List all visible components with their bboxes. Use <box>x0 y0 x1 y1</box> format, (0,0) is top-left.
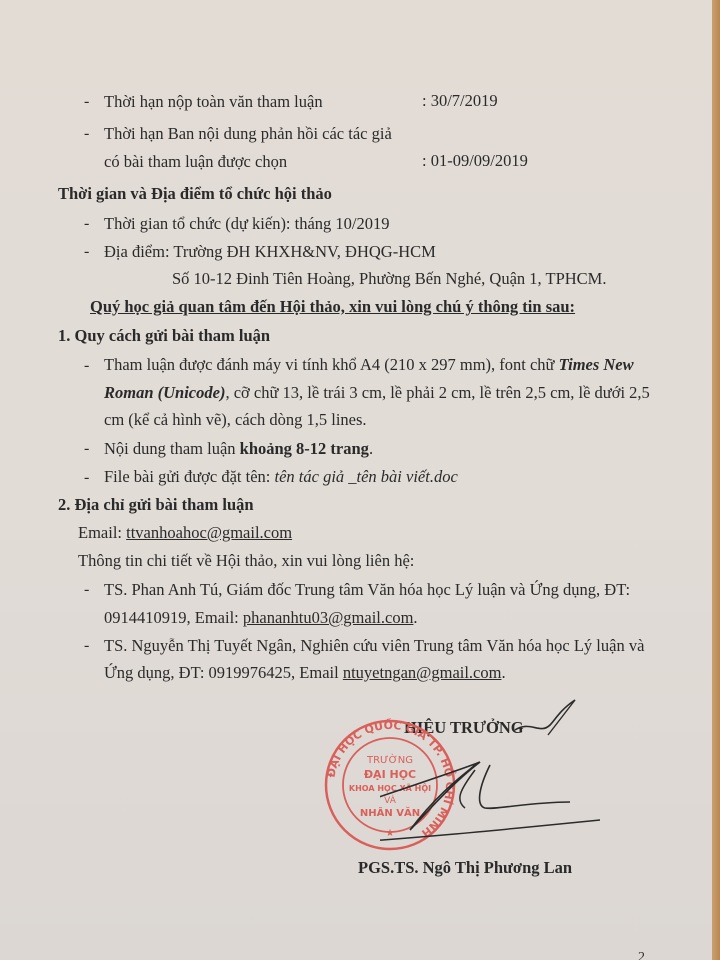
deadline-2-label: Thời hạn Ban nội dung phản hồi các tác g… <box>104 124 392 144</box>
format-spec-line1: Tham luận được đánh máy vi tính khổ A4 (… <box>104 355 634 375</box>
contact-2-line1: TS. Nguyễn Thị Tuyết Ngân, Nghiên cứu vi… <box>104 636 644 656</box>
deadline-2-label-cont: có bài tham luận được chọn <box>104 152 287 172</box>
bullet-dash: - <box>84 581 89 599</box>
bullet-dash: - <box>84 469 89 487</box>
format-spec-line3: cm (kể cả hình vẽ), cách dòng 1,5 lines. <box>104 410 367 430</box>
page-number: 2 <box>638 950 645 960</box>
bullet-dash: - <box>84 440 89 458</box>
signer-name: PGS.TS. Ngô Thị Phương Lan <box>358 858 572 878</box>
deadline-1-value: : 30/7/2019 <box>422 91 498 111</box>
deadline-2-value: : 01-09/09/2019 <box>422 151 528 171</box>
deadline-1-label: Thời hạn nộp toàn văn tham luận <box>104 92 323 112</box>
bullet-dash: - <box>84 637 89 655</box>
bullet-dash: - <box>84 125 89 143</box>
handwritten-signature-icon <box>380 690 660 870</box>
notice-heading: Quý học giả quan tâm đến Hội thảo, xin v… <box>90 297 575 317</box>
format-spec-line2: Roman (Unicode), cỡ chữ 13, lề trái 3 cm… <box>104 383 650 403</box>
event-time: Thời gian tổ chức (dự kiến): tháng 10/20… <box>104 214 390 234</box>
bullet-dash: - <box>84 357 89 375</box>
bullet-dash: - <box>84 93 89 111</box>
event-address: Số 10-12 Đinh Tiên Hoàng, Phường Bến Ngh… <box>172 269 606 289</box>
contact-1-line1: TS. Phan Anh Tú, Giám đốc Trung tâm Văn … <box>104 580 630 600</box>
submission-email-line: Email: ttvanhoahoc@gmail.com <box>78 523 292 543</box>
section-1-heading: 1. Quy cách gửi bài tham luận <box>58 326 270 346</box>
submission-email-link[interactable]: ttvanhoahoc@gmail.com <box>126 523 292 542</box>
table-edge <box>712 0 720 960</box>
contact-2-line2: Ứng dụng, ĐT: 0919976425, Email ntuyetng… <box>104 663 506 683</box>
contact-1-line2: 0914410919, Email: phananhtu03@gmail.com… <box>104 608 418 628</box>
contact-1-email-link[interactable]: phananhtu03@gmail.com <box>243 608 414 627</box>
bullet-dash: - <box>84 215 89 233</box>
event-place: Địa điểm: Trường ĐH KHXH&NV, ĐHQG-HCM <box>104 242 436 262</box>
bullet-dash: - <box>84 243 89 261</box>
contact-intro: Thông tin chi tiết về Hội thảo, xin vui … <box>78 551 414 571</box>
contact-2-email-link[interactable]: ntuyetngan@gmail.com <box>343 663 502 682</box>
time-place-heading: Thời gian và Địa điểm tổ chức hội thảo <box>58 184 332 204</box>
file-naming: File bài gửi được đặt tên: tên tác giả _… <box>104 467 458 487</box>
section-2-heading: 2. Địa chỉ gửi bài tham luận <box>58 495 254 515</box>
page-count: Nội dung tham luận khoảng 8-12 trang. <box>104 439 373 459</box>
